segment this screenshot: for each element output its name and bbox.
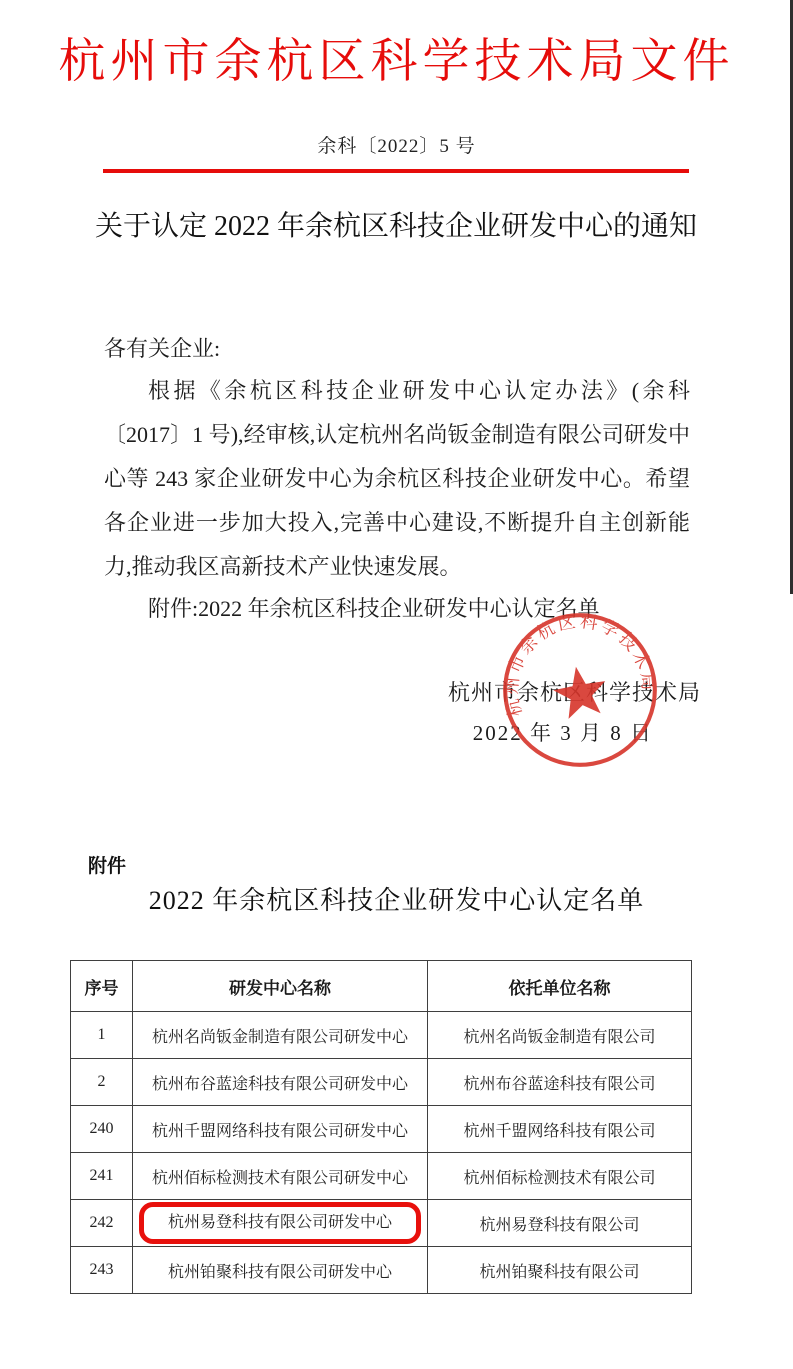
signing-date: 2022 年 3 月 8 日 [473,717,653,747]
notice-title: 关于认定 2022 年余杭区科技企业研发中心的通知 [76,206,716,248]
letterhead-divider-rule [103,169,689,173]
row-company-name: 杭州布谷蓝途科技有限公司 [463,1076,655,1093]
signing-agency-name: 杭州市余杭区科学技术局 [448,676,701,707]
table-row: 243 杭州铂聚科技有限公司研发中心 杭州铂聚科技有限公司 [71,1247,692,1294]
rd-center-table: 序号 研发中心名称 依托单位名称 1 杭州名尚钣金制造有限公司研发中心 杭州名尚… [70,960,691,1294]
row-company-name: 杭州千盟网络科技有限公司 [463,1123,655,1140]
attachment-list-title: 2022 年余杭区科技企业研发中心认定名单 [0,880,793,917]
row-company-name: 杭州铂聚科技有限公司 [479,1264,639,1281]
row-serial-number: 242 [90,1214,114,1231]
attachment-section-label: 附件 [88,851,126,878]
row-center-name: 杭州布谷蓝途科技有限公司研发中心 [152,1076,408,1093]
row-center-name: 杭州名尚钣金制造有限公司研发中心 [152,1029,408,1046]
attachment-table-body: 1 杭州名尚钣金制造有限公司研发中心 杭州名尚钣金制造有限公司 2 杭州布谷蓝途… [71,1012,692,1294]
table-row: 2 杭州布谷蓝途科技有限公司研发中心 杭州布谷蓝途科技有限公司 [71,1059,692,1106]
notice-body-paragraph: 根据《余杭区科技企业研发中心认定办法》(余科〔2017〕1 号),经审核,认定杭… [104,369,690,589]
document-number: 余科〔2022〕5 号 [0,131,793,158]
row-center-name: 杭州佰标检测技术有限公司研发中心 [152,1170,408,1187]
document-page: 杭州市余杭区科学技术局文件 余科〔2022〕5 号 关于认定 2022 年余杭区… [0,0,793,1369]
row-serial-number: 241 [90,1167,114,1184]
row-serial-number: 240 [90,1120,114,1137]
agency-letterhead-title: 杭州市余杭区科学技术局文件 [0,24,793,91]
table-row: 240 杭州千盟网络科技有限公司研发中心 杭州千盟网络科技有限公司 [71,1106,692,1153]
row-company-name: 杭州易登科技有限公司 [479,1217,639,1234]
row-center-name-highlighted: 杭州易登科技有限公司研发中心 [139,1202,421,1244]
salutation: 各有关企业: [104,332,220,363]
table-row: 241 杭州佰标检测技术有限公司研发中心 杭州佰标检测技术有限公司 [71,1153,692,1200]
attachment-reference-line: 附件:2022 年余杭区科技企业研发中心认定名单 [104,592,744,623]
row-center-name: 杭州铂聚科技有限公司研发中心 [168,1264,392,1281]
row-serial-number: 1 [98,1026,106,1043]
row-company-name: 杭州佰标检测技术有限公司 [463,1170,655,1187]
row-serial-number: 2 [98,1073,106,1090]
row-company-name: 杭州名尚钣金制造有限公司 [463,1029,655,1046]
column-header-center-name: 研发中心名称 [133,961,428,1012]
table-row: 242 杭州易登科技有限公司研发中心 杭州易登科技有限公司 [71,1200,692,1247]
row-serial-number: 243 [90,1261,114,1278]
table-row: 1 杭州名尚钣金制造有限公司研发中心 杭州名尚钣金制造有限公司 [71,1012,692,1059]
column-header-serial: 序号 [71,961,133,1012]
row-center-name: 杭州千盟网络科技有限公司研发中心 [152,1123,408,1140]
table-header-row: 序号 研发中心名称 依托单位名称 [71,961,692,1012]
column-header-company-name: 依托单位名称 [428,961,692,1012]
